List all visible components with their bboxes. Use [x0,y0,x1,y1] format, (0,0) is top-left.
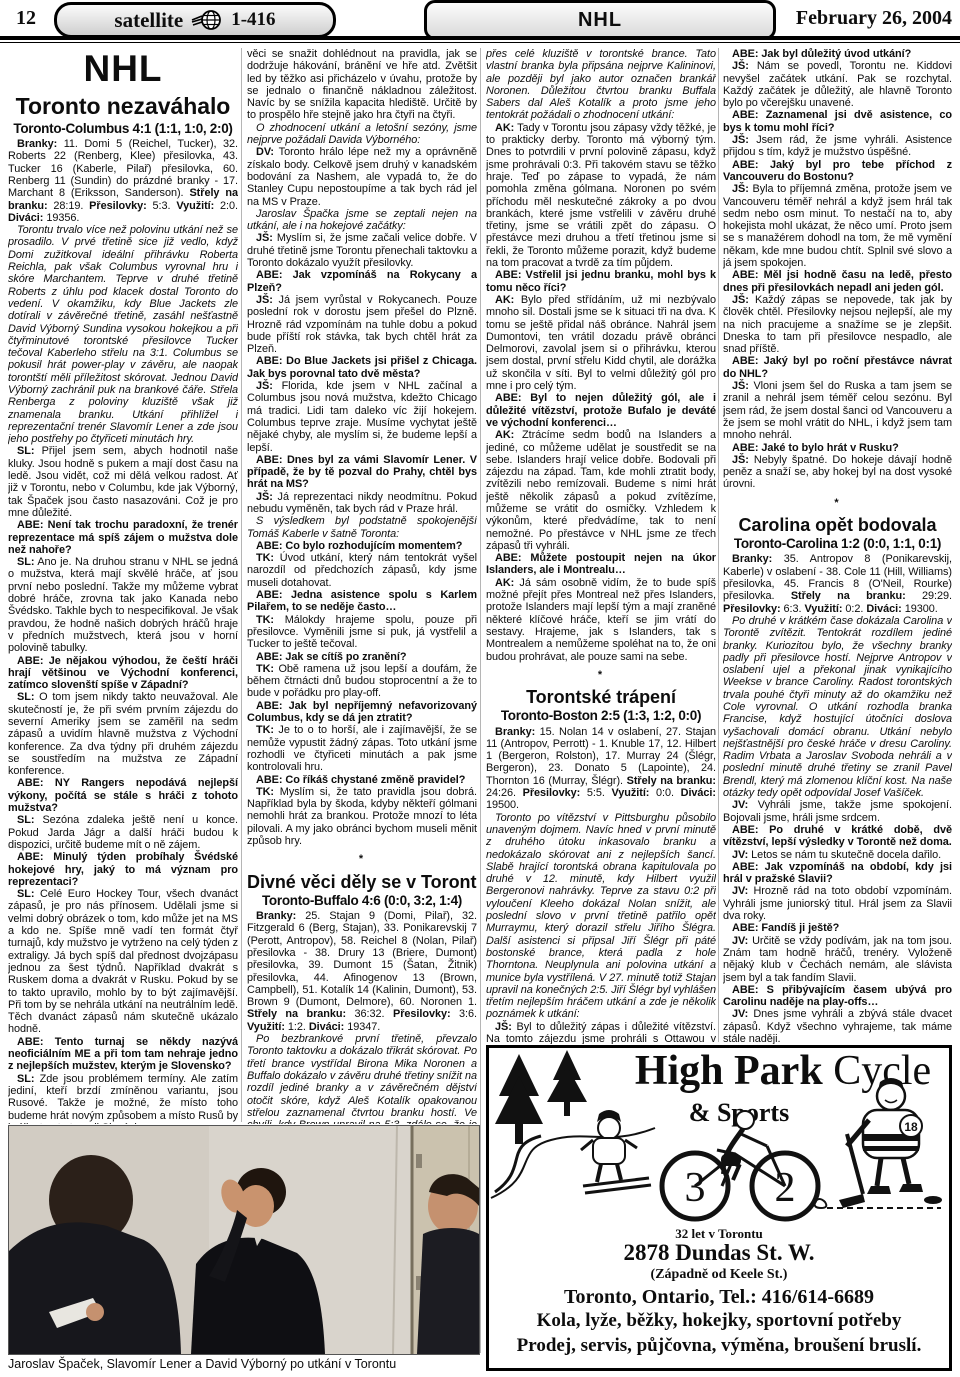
newspaper-page: 12 satellite 1-416 NHL February 26, 2004… [0,0,960,1377]
lede-paragraph: Toronto po vítězství v Pittsburghu působ… [486,812,716,1021]
hockey-player-illustration: 18 [823,1076,945,1218]
ad-location-hint: (Západně od Keele St.) [489,1267,949,1283]
body-paragraph: AK: Bylo před střídáním, už mi nezbývalo… [486,294,716,392]
issue-date: February 26, 2004 [796,7,952,30]
column-1: NHLToronto nezaváhaloToronto-Columbus 4:… [8,48,238,1124]
interview-question: ABE: Není tak trochu paradoxní, že trené… [8,519,238,556]
ad-city-phone: Toronto, Ontario, Tel.: 416/614-6689 [489,1286,949,1309]
body-paragraph: AK: Ztrácíme sedm bodů na Islanders a je… [486,429,716,552]
skier-trees-illustration [489,1050,659,1202]
ad-wheel-number-left: 3 [685,1165,706,1211]
interview-question: ABE: Jak byl důležitý úvod utkání? [723,48,952,60]
interview-question: ABE: S přibývajícím časem ubývá pro Caro… [723,984,952,1009]
section-separator: * [486,669,716,681]
ad-jersey-number: 18 [904,1120,918,1134]
interview-question: ABE: Jaký byl po roční přestávce návrat … [723,355,952,380]
interview-question: ABE: Zaznamenal jsi dvě asistence, co by… [723,109,952,134]
interview-question: ABE: Jak byl nepříjemný nefavorizovaný C… [247,700,477,725]
body-paragraph: JŠ: Každý zápas se nepovede, tak jak by … [723,294,952,355]
interview-question: ABE: Jak vzpomínáš na Rokycany a Plzeň? [247,269,477,294]
ad-products-line: Kola, lyže, běžky, hokejky, sportovní po… [489,1310,949,1332]
interview-question: ABE: Fandíš ji ještě? [723,922,952,934]
body-paragraph: JV: Letos se nám tu skutečně docela daři… [723,849,952,861]
lede-paragraph: Po bezbrankové první třetině, převzalo T… [247,1033,477,1124]
interview-question: ABE: Jak se cítíš po zranění? [247,651,477,663]
page-number: 12 [16,7,36,30]
masthead-title: satellite [114,8,183,33]
column-4: ABE: Jak byl důležitý úvod utkání?JŠ: Ná… [723,48,952,1044]
body-paragraph: JV: Dnes jsme vyhráli a zbývá stále dvac… [723,1008,952,1044]
winged-globe-icon [190,9,224,31]
ad-address-line: 2878 Dundas St. W. [489,1240,949,1266]
column-divider [718,48,719,1042]
body-paragraph: JŠ: Vloni jsem šel do Ruska a tam jsem s… [723,380,952,441]
lede-paragraph: Po druhé v krátkém čase dokázala Carolin… [723,615,952,799]
interview-question: ABE: Jedna asistence spolu s Karlem Pila… [247,589,477,614]
body-paragraph: TK: Málokdy hrajeme spolu, pouze při pře… [247,614,477,651]
body-paragraph: SL: Celé Euro Hockey Tour, všech dvanáct… [8,888,238,1036]
body-paragraph: TK: Je to o to horší, ale i zajímavější,… [247,724,477,773]
interview-question: ABE: Tento turnaj se někdy nazývá neofic… [8,1036,238,1073]
interview-question: ABE: Byl to nejen důležitý gól, ale i dů… [486,392,716,429]
section-separator: * [723,497,952,509]
column-3: přes celé kluziště v torontské brance. T… [486,48,716,1044]
ad-services-line: Prodej, servis, půjčovna, výměna, brouše… [489,1335,949,1357]
body-paragraph: SL: Zde jsou problémem termíny. Ale zatí… [8,1073,238,1124]
body-paragraph: JŠ: Jsem rád, že jsme vyhráli. Asistence… [723,134,952,159]
masthead-phone: 1-416 [231,9,275,31]
interview-question: ABE: NY Rangers nepodává nejlepší výkony… [8,777,238,814]
article-headline: Torontské trápení [486,687,716,707]
body-paragraph: věci se snažit dohlédnout na pravidla, j… [247,48,477,122]
score-line: Toronto-Boston 2:5 (1:3, 1:2, 0:0) [486,710,716,722]
body-paragraph: TK: Myslím si, že tato pravidla jsou dob… [247,786,477,847]
interview-question: ABE: Minulý týden probíhaly Švédské hoke… [8,851,238,888]
body-paragraph: Branky: 15. Nolan 14 v oslabení, 27. Sta… [486,726,716,812]
article-headline: Carolina opět bodovala [723,515,952,535]
body-paragraph: Branky: 11. Domi 5 (Reichel, Tucker), 32… [8,138,238,224]
interview-question: ABE: Jaké to bylo hrát v Rusku? [723,442,952,454]
body-paragraph: SL: Ano je. Na druhou stranu v NHL se je… [8,556,238,654]
interview-question: ABE: Můžete postoupit nejen na úkor Isla… [486,552,716,577]
ad-high-park-cycle: High Park Cycle & Sports 3 2 [486,1045,952,1371]
body-paragraph: JŠ: Byla to příjemná změna, protože jsem… [723,183,952,269]
body-paragraph: JŠ: Nám se povedl, Torontu ne. Kiddovi n… [723,60,952,109]
body-paragraph: JV: Hrozně rád na toto období vzpomínám.… [723,885,952,922]
body-paragraph: AK: Tady v Torontu jsou zápasy vždy těžk… [486,122,716,270]
photo-three-men-illustration [9,1126,479,1354]
interview-question: ABE: Měl jsi hodně času na ledě, přesto … [723,269,952,294]
body-paragraph: SL: O tom jsem nikdy takto neuvažoval. A… [8,691,238,777]
article-photo [8,1125,480,1355]
score-line: Toronto-Columbus 4:1 (1:1, 1:0, 2:0) [8,123,238,135]
lede-paragraph: Jaroslav Špačka jsme se zeptali nejen na… [247,208,477,233]
lede-paragraph: O zhodnocení utkání a letošní sezóny, js… [247,122,477,147]
ad-title-bold: High Park [635,1048,823,1094]
body-paragraph: SL: Sezóna zdaleka ještě není u konce. P… [8,814,238,851]
section-masthead: NHL [8,50,238,87]
section-title: NHL [578,9,622,32]
photo-caption: Jaroslav Špaček, Slavomír Lener a David … [8,1357,478,1371]
body-paragraph: JŠ: Byl to důležitý zápas i důležité vít… [486,1021,716,1044]
body-paragraph: SL: Přijel jsem sem, abych hodnotil naše… [8,445,238,519]
body-paragraph: AK: Já sám osobně vidím, že to bude spíš… [486,577,716,663]
body-paragraph: TK: Obě ramena už jsou lepší a doufám, ž… [247,663,477,700]
body-paragraph: JŠ: Nebyly špatné. Do hokeje dávají hodn… [723,454,952,491]
body-paragraph: JŠ: Florida, kde jsem v NHL začínal a Co… [247,380,477,454]
interview-question: ABE: Vstřelil jsi jednu branku, mohl bys… [486,269,716,294]
interview-question: ABE: Do Blue Jackets jsi přišel z Chicag… [247,355,477,380]
column-2: věci se snažit dohlédnout na pravidla, j… [247,48,477,1124]
column-divider [241,48,242,1122]
masthead-badge: satellite 1-416 [54,2,336,38]
interview-question: ABE: Je nějakou výhodou, že čeští hráči … [8,655,238,692]
header-rule-thin [0,42,960,43]
body-paragraph: Branky: 35. Antropov 8 (Ponikarevskij, K… [723,553,952,614]
body-paragraph: JV: Určitě se vždy podívám, jak na tom j… [723,935,952,984]
body-paragraph: JŠ: Já jsem vyrůstal v Rokycanech. Pouze… [247,294,477,355]
lede-paragraph: přes celé kluziště v torontské brance. T… [486,48,716,122]
body-paragraph: JV: Vyhráli jsme, takže jsme spokojení. … [723,799,952,824]
score-line: Toronto-Carolina 1:2 (0:0, 1:1, 0:1) [723,538,952,550]
header-rule-thick [0,36,960,40]
body-paragraph: JŠ: Myslím si, že jsme začali velice dob… [247,232,477,269]
article-headline: Toronto nezaváhalo [8,94,238,120]
section-title-box: NHL [424,0,776,40]
lede-paragraph: Torontu trvalo více než polovinu utkání … [8,224,238,445]
interview-question: ABE: Jak vzpomínáš na období, kdy jsi hr… [723,861,952,886]
body-paragraph: JŠ: Já reprezentaci nikdy neodmítnu. Pok… [247,491,477,516]
score-line: Toronto-Buffalo 4:6 (0:0, 3:2, 1:4) [247,895,477,907]
body-paragraph: Branky: 25. Stajan 9 (Domi, Pilař), 32. … [247,910,477,1033]
interview-question: ABE: Co říkáš chystané změně pravidel? [247,774,477,786]
section-separator: * [247,853,477,865]
column-divider [480,48,481,1353]
interview-question: ABE: Jaký byl pro tebe příchod z Vancouv… [723,159,952,184]
body-paragraph: TK: Úvod utkání, který nám tentokrát vyš… [247,552,477,589]
interview-question: ABE: Po druhé v krátké době, dvě vítězst… [723,824,952,849]
lede-paragraph: S výsledkem byl podstatně spokojenější T… [247,515,477,540]
body-paragraph: DV: Toronto hrálo lépe než my a oprávněn… [247,146,477,207]
cyclist-illustration: 3 2 [647,1106,832,1224]
interview-question: ABE: Co bylo rozhodujícím momentem? [247,540,477,552]
article-headline: Divné věci děly se v Torontu [247,872,477,892]
interview-question: ABE: Dnes byl za vámi Slavomír Lener. V … [247,454,477,491]
